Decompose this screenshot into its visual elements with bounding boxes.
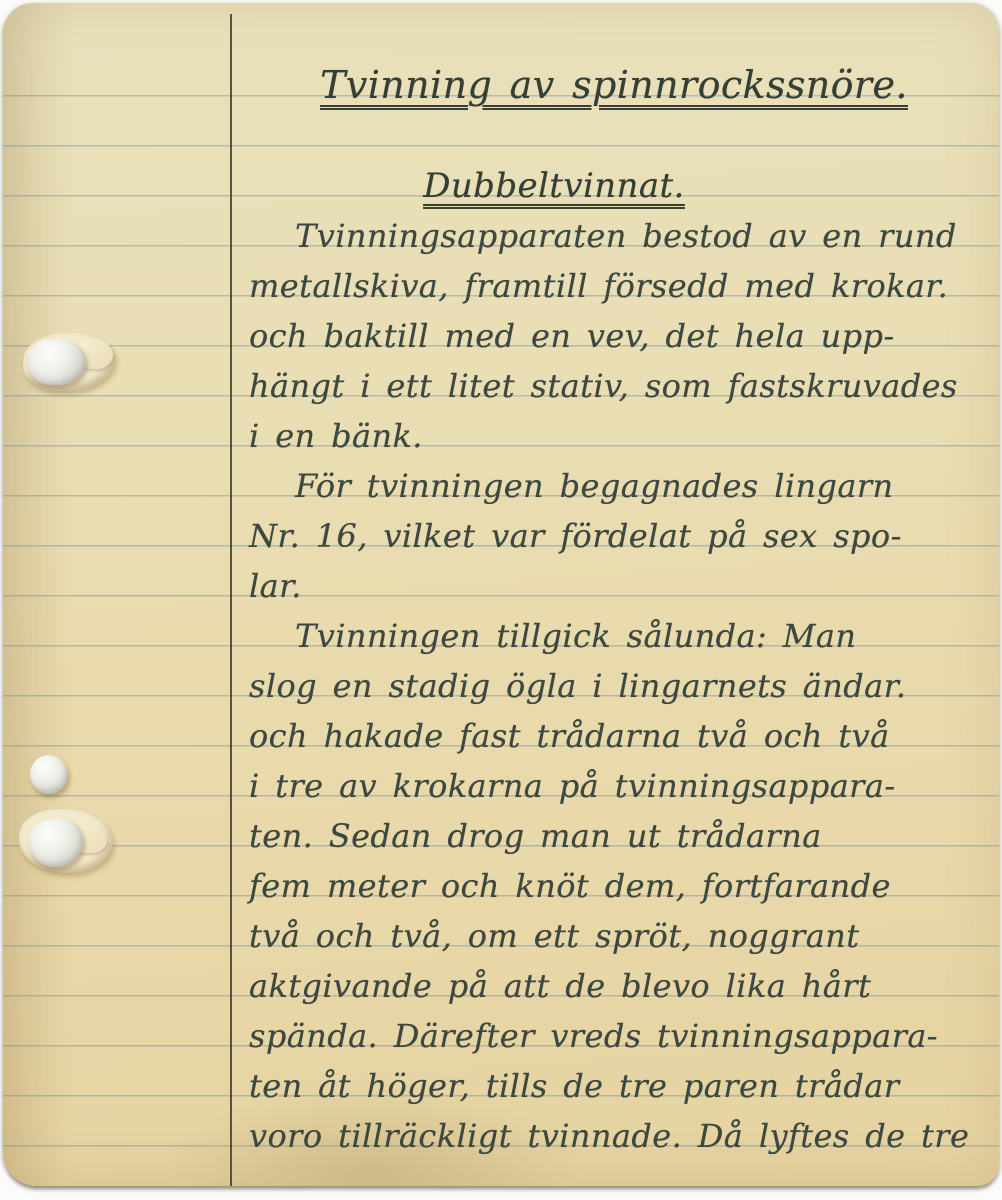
handwritten-line: Nr. 16, vilket var fördelat på sex spo- (249, 500, 993, 552)
handwritten-line: Tvinningen tillgick sålunda: Man (249, 600, 993, 652)
handwritten-line: Tvinningsapparaten bestod av en rund (249, 200, 993, 252)
handwritten-line: lar. (249, 550, 993, 602)
handwritten-line: ten. Sedan drog man ut trådarna (249, 800, 993, 852)
handwritten-line: slog en stadig ögla i lingarnets ändar. (249, 650, 993, 702)
page-title: Tvinning av spinnrockssnöre. (241, 48, 987, 104)
handwritten-line: ten åt höger, tills de tre paren trådar (249, 1050, 993, 1102)
handwritten-line: spända. Därefter vreds tvinningsappara- (249, 1000, 993, 1052)
section-heading: Dubbeltvinnat. (241, 151, 987, 203)
handwriting-layer: Tvinning av spinnrockssnöre. Dubbeltvinn… (3, 3, 999, 1186)
handwritten-line: För tvinningen begagnades lingarn (249, 450, 993, 502)
handwritten-line: metallskiva, framtill försedd med krokar… (249, 250, 993, 302)
handwritten-line: fem meter och knöt dem, fortfarande (249, 850, 993, 902)
section-heading-text: Dubbeltvinnat. (423, 169, 685, 203)
handwritten-line: i en bänk. (249, 400, 993, 452)
handwritten-line: voro tillräckligt tvinnade. Då lyftes de… (249, 1100, 993, 1152)
handwritten-line: två och två, om ett spröt, noggrant (249, 900, 993, 952)
handwritten-line: och baktill med en vev, det hela upp- (249, 300, 993, 352)
handwritten-line: i tre av krokarna på tvinningsappara- (249, 750, 993, 802)
handwritten-line: hängt i ett litet stativ, som fastskruva… (249, 350, 993, 402)
handwritten-line: och hakade fast trådarna två och två (249, 700, 993, 752)
handwritten-line: aktgivande på att de blevo lika hårt (249, 950, 993, 1002)
notebook-page: Tvinning av spinnrockssnöre. Dubbeltvinn… (3, 3, 999, 1186)
page-title-text: Tvinning av spinnrockssnöre. (320, 66, 908, 104)
